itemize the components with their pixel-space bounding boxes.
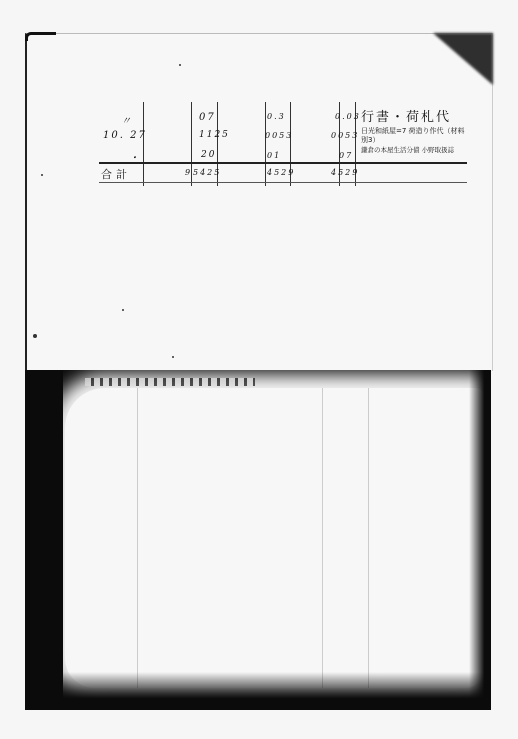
row-note: 日光和紙屋=7 荷造り作代（材料別3）: [361, 127, 465, 145]
ledger-page-upper: 〃 07 0.3 0.03 行書・荷札代 10. 27 1125 0053 00…: [25, 33, 493, 371]
total-label: 合計: [101, 166, 131, 182]
scan-shadow-left: [25, 370, 63, 710]
row-note: 鎌倉の本屋生活分債 小野取扱誌: [361, 146, 465, 154]
page-corner-mark: [25, 32, 56, 41]
row-col3: 07: [339, 151, 353, 160]
ledger-page-lower-scan: [25, 370, 491, 710]
scan-shadow-bottom: [25, 672, 491, 710]
total-col2: 4529: [267, 168, 295, 177]
folded-corner-shadow: [433, 33, 493, 85]
total-amount: 5425: [193, 168, 221, 177]
total-prefix: 9: [185, 168, 192, 177]
total-col3: 4529: [331, 168, 359, 177]
row-note: 行書・荷札代: [361, 106, 451, 125]
bleed-through-strip: [85, 378, 255, 386]
ledger-table: 〃 07 0.3 0.03 行書・荷札代 10. 27 1125 0053 00…: [99, 102, 467, 186]
scan-speck: [33, 334, 37, 338]
row-date: 〃: [121, 112, 133, 127]
row-amount: 1125: [199, 130, 230, 140]
row-col2: 0053: [265, 131, 293, 140]
row-col3: 0053: [331, 131, 359, 140]
blank-page-area: [65, 388, 485, 688]
scan-shadow-right: [469, 370, 491, 710]
row-date: 10. 27: [103, 130, 147, 141]
scan-speck: [41, 174, 43, 176]
row-col2: 0.3: [267, 112, 286, 121]
row-amount: 07: [199, 112, 216, 123]
row-date: ・: [129, 149, 141, 164]
scan-speck: [179, 64, 181, 66]
row-col2: 01: [267, 151, 281, 160]
scan-speck: [172, 356, 174, 358]
scan-speck: [122, 309, 124, 311]
row-amount: 20: [201, 150, 216, 160]
row-col3: 0.03: [335, 112, 361, 121]
